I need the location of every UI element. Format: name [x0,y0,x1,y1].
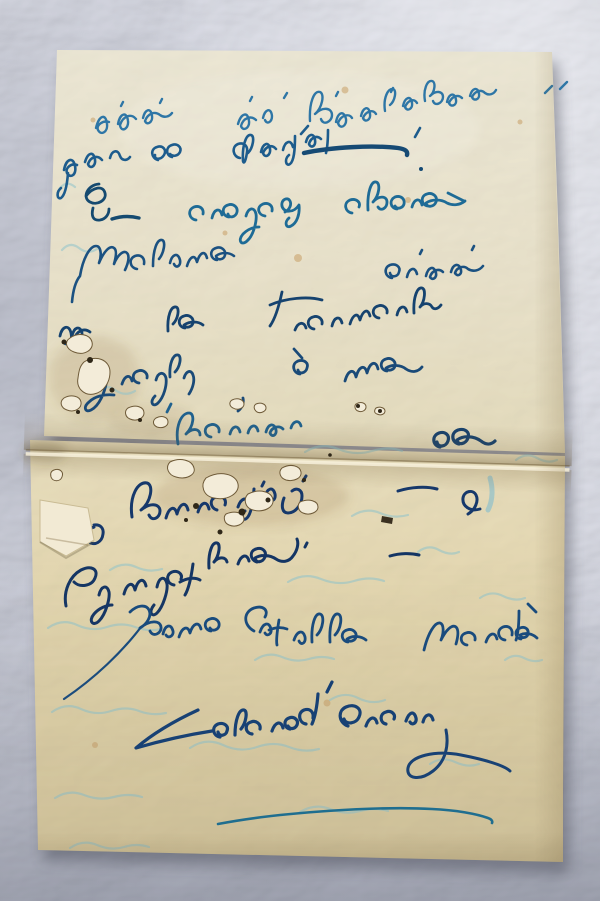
letter-photo-svg [0,0,600,901]
photo-vignette [0,0,600,901]
letter-photo: Jane Catulle Mendès Palais d'Orsay [0,0,600,901]
